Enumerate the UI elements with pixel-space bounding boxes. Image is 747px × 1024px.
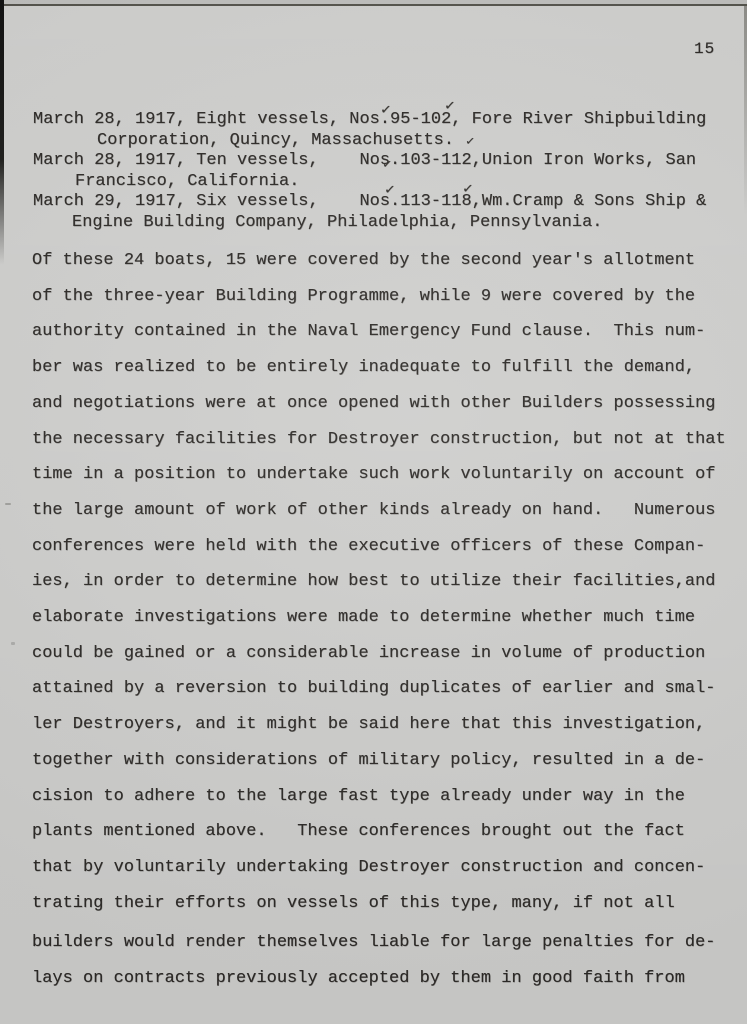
- text-line: could be gained or a considerable increa…: [32, 636, 726, 672]
- contract-line: March 28, 1917, Eight vessels, Nos.95-10…: [33, 110, 706, 131]
- text-line: of the three-year Building Programme, wh…: [32, 279, 726, 315]
- text-line: trating their efforts on vessels of this…: [32, 886, 726, 922]
- text-line: Of these 24 boats, 15 were covered by th…: [32, 243, 726, 279]
- text-line: conferences were held with the executive…: [32, 529, 726, 565]
- contract-line-continuation: Corporation, Quincy, Massachusetts.: [33, 131, 706, 152]
- page-left-edge-shadow: [0, 0, 4, 265]
- contract-list-block: March 28, 1917, Eight vessels, Nos.95-10…: [33, 110, 706, 234]
- text-line: builders would render themselves liable …: [32, 925, 726, 961]
- text-line: the large amount of work of other kinds …: [32, 493, 726, 529]
- contract-line-continuation: Francisco, California.: [33, 172, 706, 193]
- text-line: attained by a reversion to building dupl…: [32, 671, 726, 707]
- contract-line: March 28, 1917, Ten vessels, Nos.103-112…: [33, 151, 706, 172]
- text-line: the necessary facilities for Destroyer c…: [32, 422, 726, 458]
- text-line: and negotiations were at once opened wit…: [32, 386, 726, 422]
- contract-line-continuation: Engine Building Company, Philadelphia, P…: [33, 213, 706, 234]
- text-line: ber was realized to be entirely inadequa…: [32, 350, 726, 386]
- paper-speck: [5, 503, 11, 505]
- text-line: ies, in order to determine how best to u…: [32, 564, 726, 600]
- contract-line: March 29, 1917, Six vessels, Nos.113-118…: [33, 192, 706, 213]
- paper-speck: [11, 642, 15, 645]
- page-number: 15: [694, 40, 715, 58]
- text-line: plants mentioned above. These conference…: [32, 814, 726, 850]
- text-line: authority contained in the Naval Emergen…: [32, 314, 726, 350]
- page-top-edge: [0, 0, 747, 6]
- text-line: that by voluntarily undertaking Destroye…: [32, 850, 726, 886]
- scanned-document-page: 15 March 28, 1917, Eight vessels, Nos.95…: [0, 0, 747, 1024]
- text-line: cision to adhere to the large fast type …: [32, 779, 726, 815]
- text-line: lays on contracts previously accepted by…: [32, 961, 726, 997]
- text-line: together with considerations of military…: [32, 743, 726, 779]
- body-paragraph: Of these 24 boats, 15 were covered by th…: [32, 243, 726, 997]
- text-line: ler Destroyers, and it might be said her…: [32, 707, 726, 743]
- text-line: time in a position to undertake such wor…: [32, 457, 726, 493]
- text-line: elaborate investigations were made to de…: [32, 600, 726, 636]
